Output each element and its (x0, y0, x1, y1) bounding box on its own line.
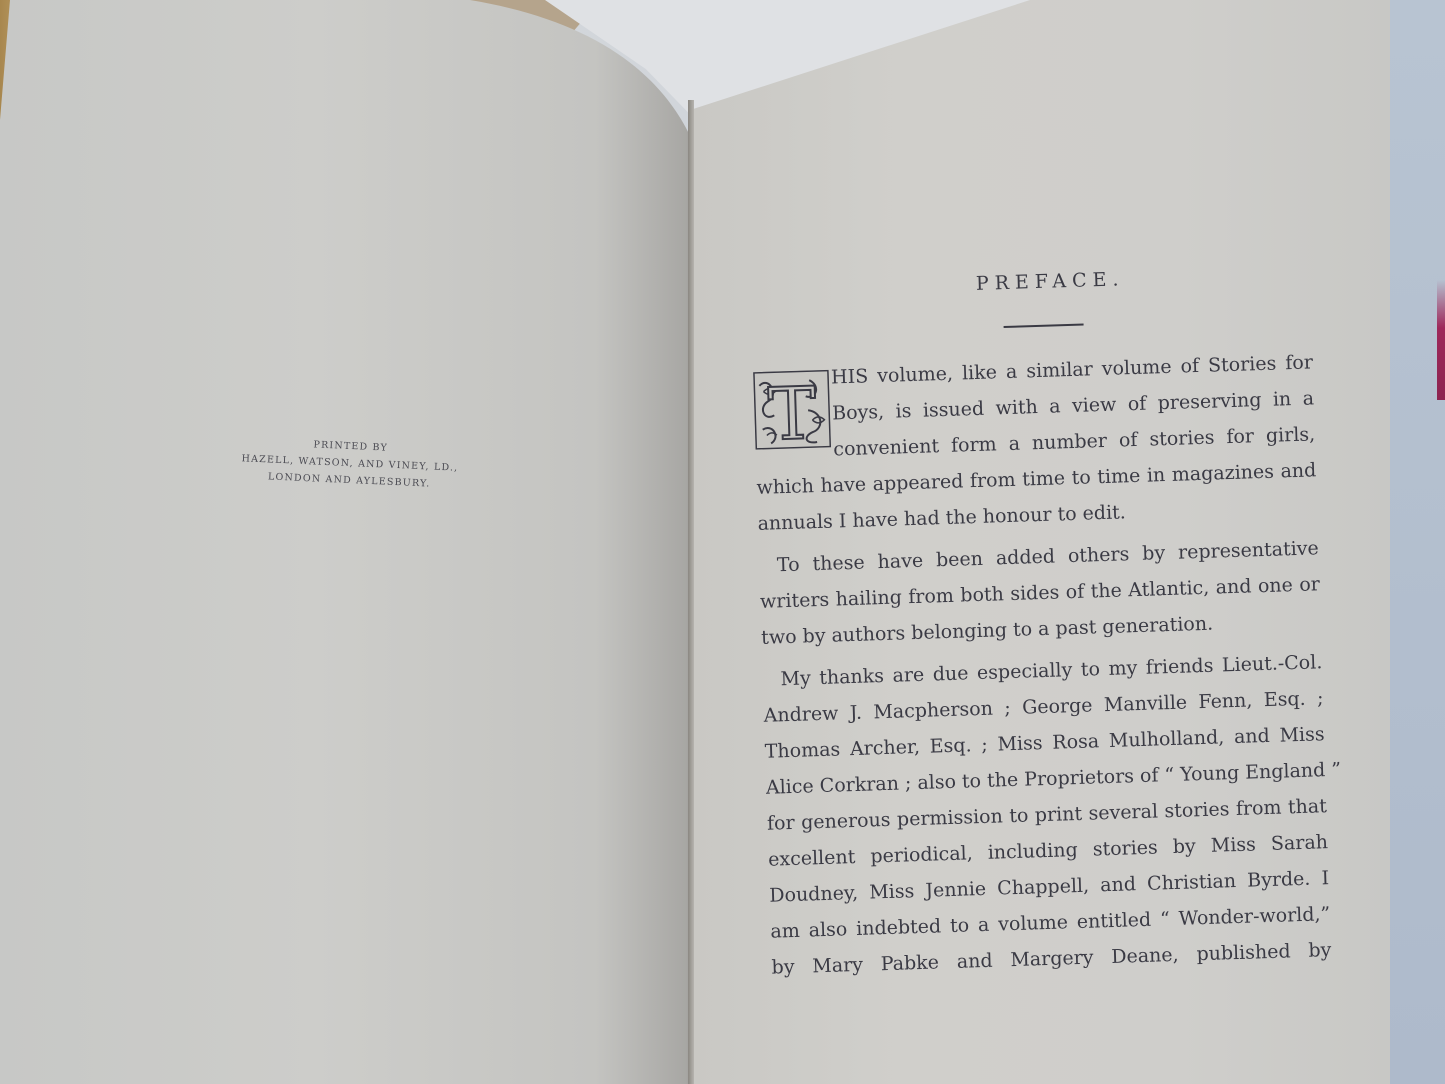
ornamental-dropcap-icon: T (753, 370, 831, 450)
book-gutter (688, 100, 694, 1084)
book-cover-red-edge (1437, 280, 1445, 400)
preface-section: PREFACE. T HIS volume, like a similar vo… (750, 262, 1332, 985)
title-rule (1004, 324, 1084, 329)
book-cover-blue (1385, 0, 1445, 1084)
svg-text:T: T (767, 371, 818, 450)
preface-body: T HIS volume, like a similar volume of S… (753, 344, 1332, 985)
left-page (0, 0, 700, 1084)
